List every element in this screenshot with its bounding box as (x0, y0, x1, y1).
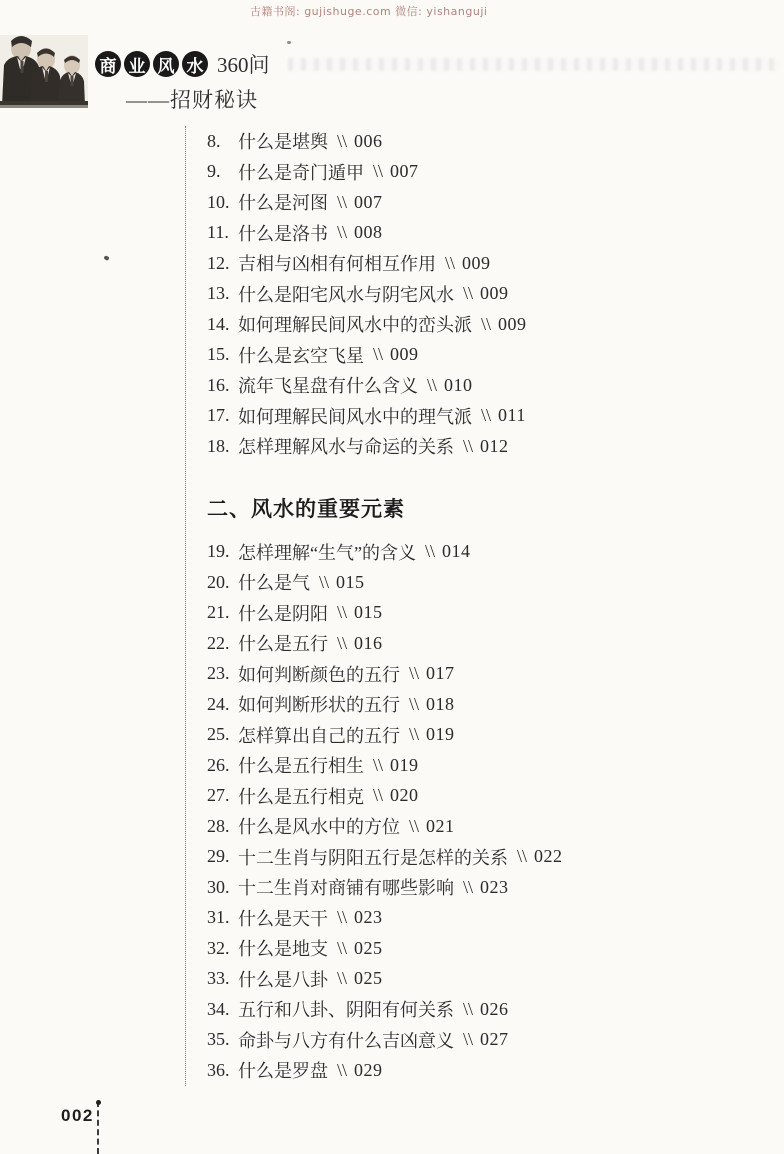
toc-item-title: 十二生肖对商铺有哪些影响 (238, 874, 454, 900)
toc-item-title: 什么是八卦 (238, 966, 328, 992)
toc-item-separator: \\ (481, 405, 491, 426)
toc-item: 14.如何理解民间风水中的峦头派\\009 (207, 309, 687, 340)
title-char-circle: 业 (124, 51, 150, 77)
toc-item-separator: \\ (337, 938, 347, 959)
toc-item-title: 怎样理解“生气”的含义 (238, 539, 416, 565)
toc-item-number: 29. (207, 846, 238, 867)
toc-item-separator: \\ (463, 436, 473, 457)
title-char-circle: 水 (182, 51, 208, 77)
toc-item-page: 018 (426, 694, 455, 715)
toc-item-page: 027 (480, 1029, 509, 1050)
toc-item-number: 30. (207, 877, 238, 898)
toc-item-page: 007 (354, 192, 383, 213)
toc-item-title: 流年飞星盘有什么含义 (238, 372, 418, 398)
toc-item: 15.什么是玄空飞星\\009 (207, 340, 687, 371)
page-number: 002 (61, 1106, 94, 1126)
toc-item-number: 34. (207, 999, 238, 1020)
toc-item-separator: \\ (445, 253, 455, 274)
toc-item-number: 17. (207, 405, 238, 426)
toc-item-number: 28. (207, 816, 238, 837)
toc-item: 29.十二生肖与阴阳五行是怎样的关系\\022 (207, 842, 687, 873)
toc-item-title: 什么是五行 (238, 630, 328, 656)
toc-item-number: 22. (207, 633, 238, 654)
toc-item-page: 009 (480, 283, 509, 304)
toc-item-number: 12. (207, 253, 238, 274)
toc-item: 19.怎样理解“生气”的含义\\014 (207, 537, 687, 568)
toc-item-title: 什么是阴阳 (238, 600, 328, 626)
toc-item-page: 006 (354, 131, 383, 152)
toc-item-separator: \\ (373, 161, 383, 182)
toc-item-page: 010 (444, 375, 473, 396)
toc-item-title: 什么是河图 (238, 189, 328, 215)
toc-item: 10.什么是河图\\007 (207, 187, 687, 218)
toc-item-number: 11. (207, 222, 238, 243)
toc-item-separator: \\ (373, 785, 383, 806)
toc-item-title: 吉相与凶相有何相互作用 (238, 250, 436, 276)
toc-item-separator: \\ (337, 131, 347, 152)
toc-item: 28.什么是风水中的方位\\021 (207, 811, 687, 842)
toc-item-title: 什么是风水中的方位 (238, 813, 400, 839)
toc-item-title: 什么是地支 (238, 935, 328, 961)
toc-item-separator: \\ (337, 633, 347, 654)
toc-item-page: 015 (354, 602, 383, 623)
toc-item: 20.什么是气\\015 (207, 567, 687, 598)
toc-item: 9.什么是奇门遁甲\\007 (207, 157, 687, 188)
toc-item-title: 什么是奇门遁甲 (238, 159, 364, 185)
title-char-circle: 风 (153, 51, 179, 77)
toc-item-title: 命卦与八方有什么吉凶意义 (238, 1027, 454, 1053)
toc-item: 33.什么是八卦\\025 (207, 964, 687, 995)
toc-item-number: 15. (207, 344, 238, 365)
toc-item-number: 35. (207, 1029, 238, 1050)
toc-item-number: 16. (207, 375, 238, 396)
table-of-contents: 8.什么是堪舆\\0069.什么是奇门遁甲\\00710.什么是河图\\0071… (185, 126, 687, 1086)
footer-divider-line (97, 1101, 99, 1154)
toc-item: 27.什么是五行相克\\020 (207, 781, 687, 812)
toc-item-number: 10. (207, 192, 238, 213)
toc-item-page: 014 (442, 541, 471, 562)
toc-item: 31.什么是天干\\023 (207, 903, 687, 934)
toc-item-separator: \\ (409, 694, 419, 715)
show-through-band (288, 58, 780, 71)
toc-item-separator: \\ (337, 222, 347, 243)
toc-item-separator: \\ (373, 755, 383, 776)
toc-item: 18.怎样理解风水与命运的关系\\012 (207, 431, 687, 462)
toc-item: 8.什么是堪舆\\006 (207, 126, 687, 157)
toc-item-title: 什么是罗盘 (238, 1057, 328, 1083)
toc-item-number: 25. (207, 724, 238, 745)
toc-item-page: 025 (354, 938, 383, 959)
toc-item: 34.五行和八卦、阴阳有何关系\\026 (207, 994, 687, 1025)
toc-item-page: 011 (498, 405, 526, 426)
toc-item-page: 017 (426, 663, 455, 684)
toc-item-number: 23. (207, 663, 238, 684)
toc-item-number: 31. (207, 907, 238, 928)
toc-item-number: 14. (207, 314, 238, 335)
toc-item-page: 023 (354, 907, 383, 928)
toc-item-page: 015 (336, 572, 365, 593)
toc-item-separator: \\ (463, 283, 473, 304)
toc-item-title: 五行和八卦、阴阳有何关系 (238, 996, 454, 1022)
toc-item-number: 26. (207, 755, 238, 776)
toc-item: 16.流年飞星盘有什么含义\\010 (207, 370, 687, 401)
toc-item-page: 025 (354, 968, 383, 989)
toc-item-title: 如何理解民间风水中的理气派 (238, 403, 472, 429)
toc-item-title: 什么是气 (238, 569, 310, 595)
toc-item-title: 什么是五行相克 (238, 783, 364, 809)
toc-item-title: 什么是洛书 (238, 220, 328, 246)
toc-item-page: 026 (480, 999, 509, 1020)
toc-item-separator: \\ (517, 846, 527, 867)
toc-item-separator: \\ (463, 1029, 473, 1050)
toc-item: 24.如何判断形状的五行\\018 (207, 689, 687, 720)
section-heading: 二、风水的重要元素 (207, 493, 687, 523)
toc-item-separator: \\ (481, 314, 491, 335)
toc-item-number: 19. (207, 541, 238, 562)
toc-item-separator: \\ (337, 602, 347, 623)
toc-item-separator: \\ (337, 907, 347, 928)
toc-item-page: 029 (354, 1060, 383, 1081)
toc-item: 11.什么是洛书\\008 (207, 218, 687, 249)
title-suffix: 360问 (217, 49, 270, 79)
toc-item-separator: \\ (337, 192, 347, 213)
toc-item: 25.怎样算出自己的五行\\019 (207, 720, 687, 751)
toc-list-section1: 8.什么是堪舆\\0069.什么是奇门遁甲\\00710.什么是河图\\0071… (207, 126, 687, 462)
toc-item-number: 21. (207, 602, 238, 623)
toc-item-title: 什么是五行相生 (238, 752, 364, 778)
toc-item-separator: \\ (337, 1060, 347, 1081)
toc-item-page: 021 (426, 816, 455, 837)
toc-item: 22.什么是五行\\016 (207, 628, 687, 659)
toc-item-separator: \\ (337, 968, 347, 989)
toc-item-page: 008 (354, 222, 383, 243)
three-men-photo-graphic (0, 35, 88, 108)
toc-item: 26.什么是五行相生\\019 (207, 750, 687, 781)
toc-item-page: 019 (426, 724, 455, 745)
toc-item: 32.什么是地支\\025 (207, 933, 687, 964)
title-char-circle: 商 (95, 51, 121, 77)
toc-item: 12.吉相与凶相有何相互作用\\009 (207, 248, 687, 279)
toc-item-page: 022 (534, 846, 563, 867)
toc-item-title: 如何理解民间风水中的峦头派 (238, 311, 472, 337)
toc-item-number: 13. (207, 283, 238, 304)
toc-item-title: 什么是玄空飞星 (238, 342, 364, 368)
toc-item-page: 016 (354, 633, 383, 654)
toc-item-number: 33. (207, 968, 238, 989)
toc-item-separator: \\ (427, 375, 437, 396)
toc-item-title: 十二生肖与阴阳五行是怎样的关系 (238, 844, 508, 870)
toc-item-number: 24. (207, 694, 238, 715)
toc-item-number: 32. (207, 938, 238, 959)
book-subtitle: ——招财秘诀 (126, 84, 258, 114)
toc-item-number: 9. (207, 161, 238, 182)
watermark-text: 古籍书阁: gujishuge.com 微信: yishanguji (250, 3, 487, 19)
toc-item-title: 什么是天干 (238, 905, 328, 931)
toc-item-title: 什么是堪舆 (238, 128, 328, 154)
toc-item-page: 009 (498, 314, 527, 335)
toc-item-separator: \\ (373, 344, 383, 365)
toc-item-separator: \\ (319, 572, 329, 593)
toc-item-number: 27. (207, 785, 238, 806)
toc-item-title: 如何判断形状的五行 (238, 691, 400, 717)
toc-item-number: 8. (207, 131, 238, 152)
toc-item-page: 012 (480, 436, 509, 457)
toc-item-page: 007 (390, 161, 419, 182)
toc-item-title: 如何判断颜色的五行 (238, 661, 400, 687)
book-title: 商 业 风 水 360问 (95, 49, 270, 79)
toc-item-separator: \\ (409, 663, 419, 684)
toc-item-separator: \\ (463, 877, 473, 898)
toc-item-separator: \\ (409, 724, 419, 745)
scan-speck (103, 255, 109, 261)
toc-item-page: 019 (390, 755, 419, 776)
toc-item-number: 36. (207, 1060, 238, 1081)
toc-item-separator: \\ (425, 541, 435, 562)
toc-item-number: 18. (207, 436, 238, 457)
toc-item-page: 009 (462, 253, 491, 274)
toc-item-title: 怎样算出自己的五行 (238, 722, 400, 748)
book-logo-photo (0, 35, 88, 108)
toc-item-separator: \\ (409, 816, 419, 837)
toc-item-number: 20. (207, 572, 238, 593)
toc-item: 36.什么是罗盘\\029 (207, 1055, 687, 1086)
toc-item-title: 怎样理解风水与命运的关系 (238, 433, 454, 459)
toc-item: 13.什么是阳宅风水与阴宅风水\\009 (207, 279, 687, 310)
toc-item-page: 009 (390, 344, 419, 365)
toc-item-title: 什么是阳宅风水与阴宅风水 (238, 281, 454, 307)
toc-item: 17.如何理解民间风水中的理气派\\011 (207, 401, 687, 432)
toc-item-page: 023 (480, 877, 509, 898)
toc-item: 30.十二生肖对商铺有哪些影响\\023 (207, 872, 687, 903)
toc-item-separator: \\ (463, 999, 473, 1020)
toc-item: 21.什么是阴阳\\015 (207, 598, 687, 629)
toc-list-section2: 19.怎样理解“生气”的含义\\01420.什么是气\\01521.什么是阴阳\… (207, 537, 687, 1086)
toc-item: 35.命卦与八方有什么吉凶意义\\027 (207, 1025, 687, 1056)
scan-speck (287, 41, 291, 44)
toc-item: 23.如何判断颜色的五行\\017 (207, 659, 687, 690)
toc-item-page: 020 (390, 785, 419, 806)
